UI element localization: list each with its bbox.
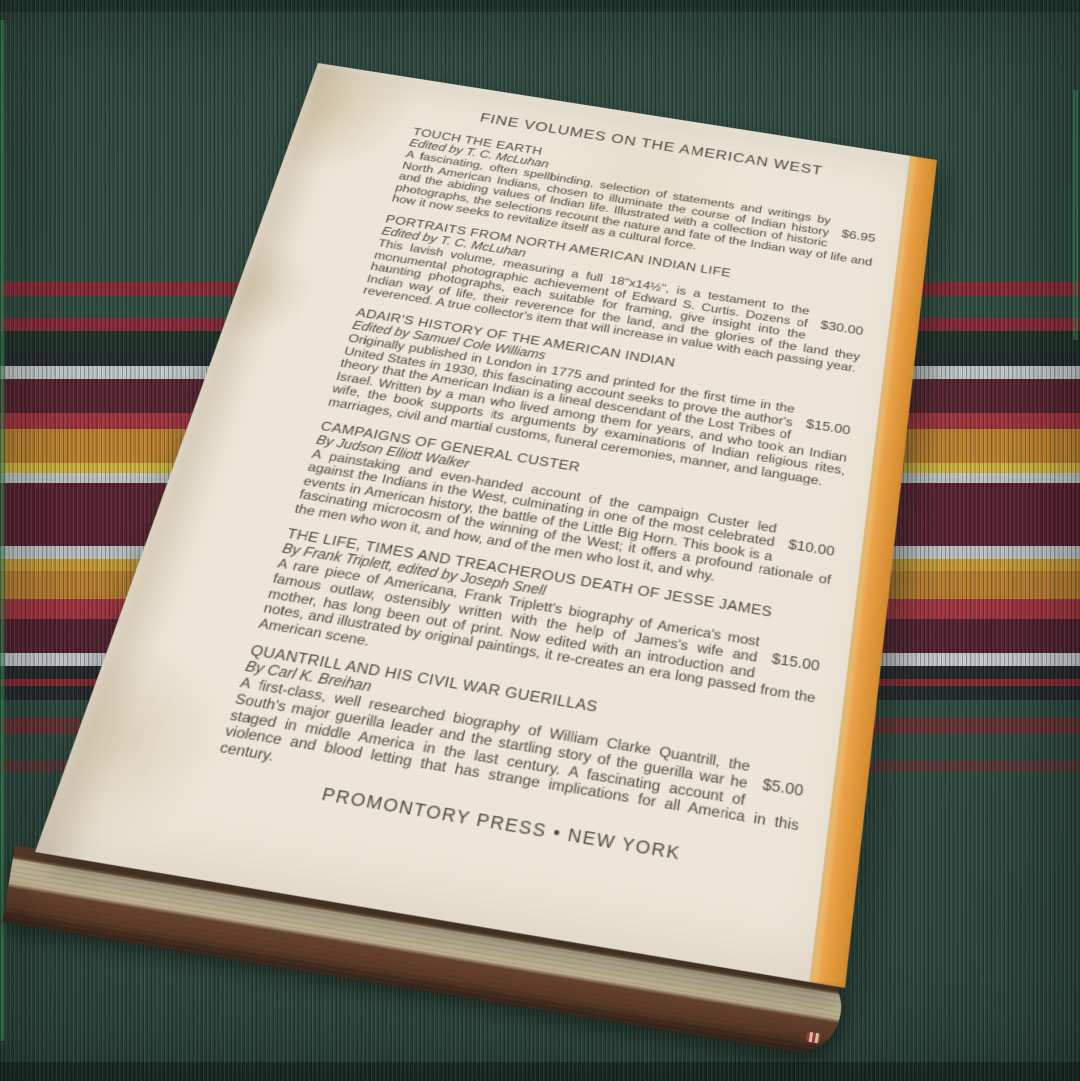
section-price: $30.00	[820, 319, 864, 338]
photo-scene: FINE VOLUMES ON THE AMERICAN WEST TOUCH …	[0, 0, 1080, 1081]
section-price: $15.00	[805, 417, 851, 437]
dust-jacket-back: FINE VOLUMES ON THE AMERICAN WEST TOUCH …	[35, 63, 937, 988]
photo-edge-highlight	[0, 20, 5, 1041]
jacket-text-block: FINE VOLUMES ON THE AMERICAN WEST TOUCH …	[181, 102, 884, 974]
fabric-stripe	[0, 0, 1080, 12]
spine-headband	[806, 1031, 821, 1043]
section-price: $10.00	[788, 537, 836, 559]
section-price: $6.95	[841, 228, 876, 245]
fabric-stripe	[0, 1062, 1080, 1081]
section-price: $15.00	[771, 651, 821, 674]
section-price: $5.00	[761, 777, 804, 800]
photo-edge-highlight	[1073, 90, 1078, 340]
